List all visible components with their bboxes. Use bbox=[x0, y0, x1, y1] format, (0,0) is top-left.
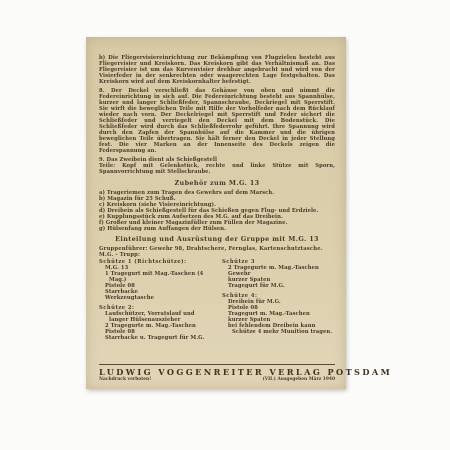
publisher-line: LUDWIG VOGGENREITER VERLAG POTSDAM bbox=[99, 367, 335, 377]
imprint-footer: Nachdruck verboten! (VII.) Ausgegeben Mä… bbox=[99, 377, 335, 383]
squad-item: Laufschützer, Vorratslauf und langer Hül… bbox=[99, 311, 212, 323]
paragraph-zweibein-teile: Teile: Kopf mit Gelenkstück, rechte und … bbox=[99, 163, 335, 175]
heading-zubehoer: Zubehör zum M.G. 13 bbox=[99, 179, 335, 187]
mg-trupp-line: M.G. - Trupp: bbox=[99, 252, 335, 258]
heading-einteilung: Einteilung und Ausrüstung der Gruppe mit… bbox=[99, 235, 335, 243]
roster-columns: Schütze 1 (Richtschütze): M.G. 13 1 Trag… bbox=[99, 259, 335, 345]
paragraph-deckel: 8. Der Deckel verschließt das Gehäuse vo… bbox=[99, 88, 335, 154]
imprint-block: LUDWIG VOGGENREITER VERLAG POTSDAM Nachd… bbox=[99, 364, 335, 383]
footer-right-note: (VII.) Ausgegeben März 1940 bbox=[263, 377, 335, 383]
document-page: b) Die Fliegervisiereinrichtung zur Bekä… bbox=[86, 37, 346, 389]
page-content: b) Die Fliegervisiereinrichtung zur Bekä… bbox=[99, 55, 335, 364]
squad-schuetze-3: Schütze 3 2 Tragegurte m. Mag.-Taschen G… bbox=[222, 259, 335, 289]
scan-background: b) Die Fliegervisiereinrichtung zur Bekä… bbox=[0, 0, 450, 450]
list-item: g) Hülsenfang zum Auffangen der Hülsen. bbox=[99, 226, 335, 232]
squad-item: bei fehlendem Dreibein kann Schütze 4 me… bbox=[222, 323, 335, 335]
squad-item: Tragegurt für M.G. bbox=[222, 283, 335, 289]
roster-column-right: Schütze 3 2 Tragegurte m. Mag.-Taschen G… bbox=[222, 259, 335, 345]
squad-schuetze-2: Schütze 2: Laufschützer, Vorratslauf und… bbox=[99, 305, 212, 341]
squad-schuetze-4: Schütze 4: Dreibein für M.G. Pistole 08 … bbox=[222, 293, 335, 335]
footer-left-note: Nachdruck verboten! bbox=[99, 377, 151, 383]
zubehoer-list: a) Trageriemen zum Tragen des Gewehrs au… bbox=[99, 190, 335, 232]
squad-item: Werkzeugtasche bbox=[99, 295, 212, 301]
squad-item: 1 Tragegurt mit Mag.-Taschen (4 Mag.) bbox=[99, 271, 212, 283]
roster-column-left: Schütze 1 (Richtschütze): M.G. 13 1 Trag… bbox=[99, 259, 212, 345]
imprint-divider bbox=[99, 364, 335, 365]
squad-schuetze-1: Schütze 1 (Richtschütze): M.G. 13 1 Trag… bbox=[99, 259, 212, 301]
squad-item: Starrbacke u. Tragegurt für M.G. bbox=[99, 335, 212, 341]
paragraph-fliegervisier: b) Die Fliegervisiereinrichtung zur Bekä… bbox=[99, 55, 335, 85]
